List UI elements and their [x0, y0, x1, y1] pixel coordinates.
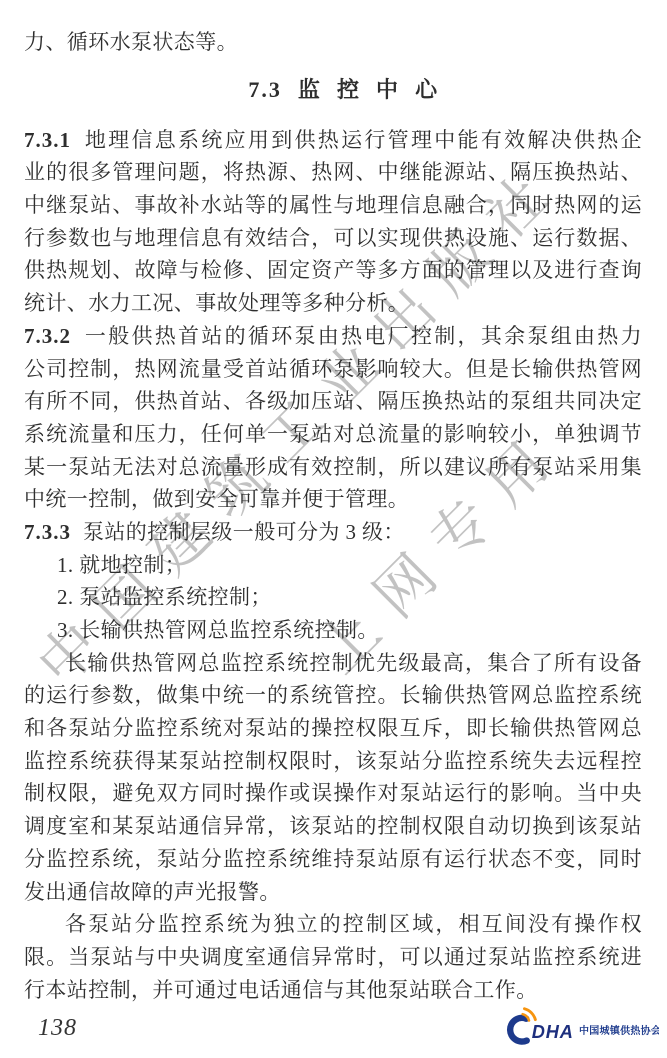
text-line: 制权限，避免双方同时操作或误操作对泵站运行的影响。当中央 — [24, 777, 642, 810]
text-line: 行参数也与地理信息有效结合，可以实现供热设施、运行数据、 — [24, 222, 642, 255]
c-swoosh-icon — [510, 1018, 527, 1042]
text-line: 行本站控制，并可通过电话通信与其他泵站联合工作。 — [24, 974, 642, 1007]
text-line: 中继泵站、事故补水站等的属性与地理信息融合，同时热网的运 — [24, 189, 642, 222]
line-text: 一般供热首站的循环泵由热电厂控制，其余泵组由热力 — [83, 324, 642, 348]
section-heading-number: 7.3 — [248, 77, 282, 102]
text-line: 供热规划、故障与检修、固定资产等多方面的管理以及进行查询 — [24, 254, 642, 287]
text-line: 系统流量和压力，任何单一泵站对总流量的影响较小，单独调节 — [24, 418, 642, 451]
association-name: 中国城镇供热协会 — [579, 1024, 659, 1037]
text-line: 限。当泵站与中央调度室通信异常时，可以通过泵站监控系统进 — [24, 941, 642, 974]
text-line: 7.3.2一般供热首站的循环泵由热电厂控制，其余泵组由热力 — [24, 320, 642, 353]
text-line: 各泵站分监控系统为独立的控制区域，相互间没有操作权 — [24, 908, 642, 941]
clause-number: 7.3.1 — [24, 128, 71, 152]
list-item: 1. 就地控制； — [24, 549, 642, 582]
text-line: 长输供热管网总监控系统控制优先级最高，集合了所有设备 — [24, 647, 642, 680]
text-line: 有所不同，供热首站、各级加压站、隔压换热站的泵组共同决定 — [24, 385, 642, 418]
text-line: 调度室和某泵站通信异常，该泵站的控制权限自动切换到该泵站 — [24, 810, 642, 843]
section-heading: 7.3监 控 中 心 — [24, 73, 642, 106]
text-line: 某一泵站无法对总流量形成有效控制，所以建议所有泵站采用集 — [24, 451, 642, 484]
page-number: 138 — [38, 1015, 77, 1042]
line-text: 地理信息系统应用到供热运行管理中能有效解决供热企 — [83, 128, 642, 152]
text-line: 力、循环水泵状态等。 — [24, 26, 642, 59]
section-heading-title: 监 控 中 心 — [298, 77, 443, 102]
text-line: 业的很多管理问题，将热源、热网、中继能源站、隔压换热站、 — [24, 156, 642, 189]
text-line: 7.3.1地理信息系统应用到供热运行管理中能有效解决供热企 — [24, 124, 642, 157]
page-text: 力、循环水泵状态等。 7.3监 控 中 心 7.3.1地理信息系统应用到供热运行… — [24, 26, 642, 1006]
book-page: 中国建筑工业出版社 上网专用 力、循环水泵状态等。 7.3监 控 中 心 7.3… — [0, 0, 667, 1058]
text-line: 发出通信故障的声光报警。 — [24, 876, 642, 909]
list-item: 3. 长输供热管网总监控系统控制。 — [24, 614, 642, 647]
text-line: 中统一控制，做到安全可靠并便于管理。 — [24, 483, 642, 516]
text-line: 公司控制，热网流量受首站循环泵影响较大。但是长输供热管网 — [24, 353, 642, 386]
text-line: 监控系统获得某泵站控制权限时，该泵站分监控系统失去远程控 — [24, 745, 642, 778]
text-line: 的运行参数，做集中统一的系统管控。长输供热管网总监控系统 — [24, 679, 642, 712]
clause-number: 7.3.2 — [24, 324, 71, 348]
text-line: 和各泵站分监控系统对泵站的操控权限互斥，即长输供热管网总 — [24, 712, 642, 745]
text-line: 分监控系统，泵站分监控系统维持泵站原有运行状态不变，同时 — [24, 843, 642, 876]
line-text: 泵站的控制层级一般可分为 3 级： — [83, 520, 405, 544]
cdha-logo: DHA 中国城镇供热协会 — [499, 1006, 659, 1046]
list-item: 2. 泵站监控系统控制； — [24, 581, 642, 614]
clause-number: 7.3.3 — [24, 520, 71, 544]
text-line: 7.3.3泵站的控制层级一般可分为 3 级： — [24, 516, 642, 549]
logo-abbr: DHA — [532, 1022, 574, 1042]
text-line: 统计、水力工况、事故处理等多种分析。 — [24, 287, 642, 320]
